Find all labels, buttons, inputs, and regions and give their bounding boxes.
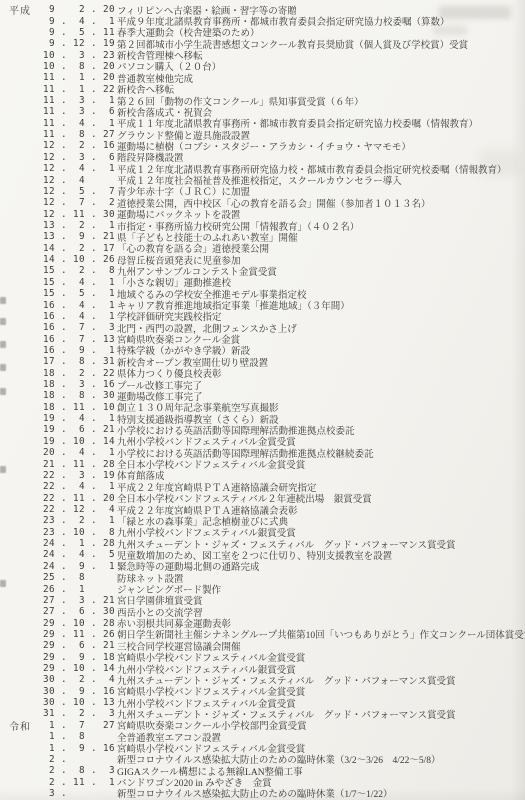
row-date: 29 . 10 . 14: [43, 663, 117, 674]
row-date: 2 . 8 . 3: [43, 765, 117, 776]
row-date: 31 . 2 . 3: [43, 708, 117, 719]
row-date: 15 . 2 . 8: [43, 265, 117, 276]
row-date: 18 . 8 . 30: [43, 390, 117, 401]
scanned-document-page: 平成 9 2 . 20フィリピンへ古楽器・絵画・習字等の寄贈 9 . 4 . 1…: [0, 0, 525, 800]
row-date: 1 . 9 . 16: [43, 743, 117, 754]
row-date: 11 . 1 . 22: [43, 84, 117, 95]
chronology-row: 令和 1 . 7 27宮崎県吹奏楽コンクール小学校部門金賞受賞: [0, 720, 525, 731]
row-date: 2 .: [43, 754, 117, 765]
row-date: 26 . 1: [43, 584, 117, 595]
chronology-row: 9 . 4 . 1平成９年度北諸県教育事務所・都城市教育委員会指定研究協力校委嘱…: [0, 15, 525, 26]
row-date: 12 . 5 . 7: [43, 186, 117, 197]
row-date: 24 . 1 . 28: [43, 538, 117, 549]
chronology-row: 11 . 3 . 1第２６回「動物の作文コンクール」県知事賞受賞（６年）: [0, 95, 525, 106]
row-date: 23 . 2 . 1: [43, 515, 117, 526]
row-date: 16 . 9 . 1: [43, 345, 117, 356]
row-date: 15 . 5 . 1: [43, 288, 117, 299]
row-date: 3 .: [43, 788, 117, 799]
row-date: 19 . 10 . 14: [43, 436, 117, 447]
row-date: 22 . 3 . 19: [43, 470, 117, 481]
chronology-row: 11 . 1 . 20普通教室棟他完成: [0, 72, 525, 83]
row-date: 11 . 3 . 1: [43, 95, 117, 106]
row-date: 11 . 4 . 1: [43, 118, 117, 129]
row-date: 30 . 10 . 13: [43, 697, 117, 708]
era-label: 令和: [0, 718, 43, 733]
row-date: 16 . 7 . 13: [43, 334, 117, 345]
row-date: 19 . 4 . 1: [43, 413, 117, 424]
row-date: 12 . 11 . 30: [43, 209, 117, 220]
row-date: 9 . 5 . 11: [43, 27, 117, 38]
row-date: 27 . 6 . 30: [43, 606, 117, 617]
row-date: 17 . 8 . 31: [43, 356, 117, 367]
row-date: 14 . 10 . 26: [43, 254, 117, 265]
row-date: 1 . 8: [43, 731, 117, 742]
era-label: 平成: [0, 2, 43, 17]
row-date: 9 . 12 . 19: [43, 38, 117, 49]
row-date: 12 . 3 . 6: [43, 152, 117, 163]
row-date: 11 . 3 . 6: [43, 106, 117, 117]
row-date: 12 . 7 . 2: [43, 197, 117, 208]
row-date: 24 . 9 . 1: [43, 561, 117, 572]
row-date: 11 . 1 . 20: [43, 72, 117, 83]
row-date: 11 . 8 . 27: [43, 129, 117, 140]
chronology-row: 14 . 2 . 17「心の教育を語る会」道徳授業公開: [0, 243, 525, 254]
chronology-row: 3 . 新型コロナウイルス感染拡大防止のための臨時休業（1/7～1/22）: [0, 788, 525, 799]
row-text: 新型コロナウイルス感染拡大防止のための臨時休業（1/7～1/22）: [117, 786, 392, 800]
chronology-row: 18 . 3 . 16プール改修工事完了: [0, 379, 525, 390]
row-date: 13 . 9 . 21: [43, 231, 117, 242]
row-date: 25 . 8: [43, 572, 117, 583]
row-date: 29 . 11 . 26: [43, 629, 117, 640]
row-date: 15 . 4 . 1: [43, 277, 117, 288]
chronology-row: 25 . 8 防球ネット設置: [0, 572, 525, 583]
chronology-row: 16 . 4 . 1キャリア教育推進地域指定事業「推進地域」（３年間）: [0, 299, 525, 310]
chronology-row: 10 . 8 . 20パソコン購入（２０台）: [0, 61, 525, 72]
row-date: 9 2 . 20: [43, 4, 117, 15]
chronology-row: 21 . 11 . 28全日本小学校バンドフェスティバル金賞受賞: [0, 458, 525, 469]
row-date: 30 . 2 . 4: [43, 674, 117, 685]
chronology-row: 29 . 11 . 26朝日学生新聞社主催シナネングループ共催第10回「いつもあ…: [0, 629, 525, 640]
row-date: 10 . 8 . 20: [43, 61, 117, 72]
chronology-row: 27 . 6 . 30西岳小との交流学習: [0, 606, 525, 617]
row-date: 16 . 7 . 3: [43, 322, 117, 333]
row-date: 21 . 11 . 28: [43, 459, 117, 470]
row-date: 12 . 4: [43, 175, 117, 186]
row-date: 19 . 6 . 21: [43, 424, 117, 435]
row-date: 29 . 6 . 21: [43, 640, 117, 651]
chronology-row: 26 . 1 ジャンピングボード製作: [0, 583, 525, 594]
row-date: 18 . 11 . 10: [43, 402, 117, 413]
row-date: 23 . 10 . 8: [43, 527, 117, 538]
row-date: 12 . 2 . 16: [43, 140, 117, 151]
chronology-row: 9 . 12 . 19第２回都城市小学生読書感想文コンクール教育長奨励賞（個人賞…: [0, 38, 525, 49]
chronology-row: 10 . 3 . 23新校舎管理棟へ移転: [0, 49, 525, 60]
chronology-row: 17 . 8 . 31新校舎オープン教室間仕切り壁設置: [0, 356, 525, 367]
row-date: 24 . 4 . 5: [43, 549, 117, 560]
row-date: 27 . 3 . 21: [43, 595, 117, 606]
row-date: 29 . 9 . 18: [43, 652, 117, 663]
row-date: 1 . 7 27: [43, 720, 117, 731]
chronology-row: 16 . 7 . 3北門・西門の設置，北側フェンスかさ上げ: [0, 322, 525, 333]
row-date: 22 . 12 . 4: [43, 504, 117, 515]
row-date: 22 . 11 . 20: [43, 493, 117, 504]
chronology-row: 15 . 2 . 8九州アンサンブルコンテスト金賞受賞: [0, 265, 525, 276]
row-date: 30 . 9 . 16: [43, 686, 117, 697]
row-date: 18 . 2 . 22: [43, 368, 117, 379]
row-date: 22 . 4 . 1: [43, 481, 117, 492]
row-date: 29 . 10 . 28: [43, 618, 117, 629]
row-date: 9 . 4 . 1: [43, 16, 117, 27]
chronology-row: 27 . 3 . 21宮日学園俳壇賞受賞: [0, 595, 525, 606]
row-date: 10 . 3 . 23: [43, 50, 117, 61]
chronology-row: 18 . 2 . 22県体力つくり優良校表彰: [0, 368, 525, 379]
chronology-row: 24 . 4 . 5児童数増加のため、図工室を２つに仕切り、特別支援教室を設置: [0, 549, 525, 560]
row-date: 2 . 11 . 1: [43, 777, 117, 788]
chronology-row: 11 . 4 . 1平成１１年度北諸県教育事務所・都城市教育委員会指定研究協力校…: [0, 118, 525, 129]
chronology-list: 平成 9 2 . 20フィリピンへ古楽器・絵画・習字等の寄贈 9 . 4 . 1…: [0, 4, 525, 799]
chronology-row: 12 . 4 平成１２年度社会福祉普及推進校指定，スクールカウンセラー導入: [0, 174, 525, 185]
chronology-row: 24 . 9 . 1緊急時等の運動場北側の通路完成: [0, 561, 525, 572]
row-date: 20 . 4 . 1: [43, 447, 117, 458]
row-date: 13 . 2 . 1: [43, 220, 117, 231]
row-date: 16 . 4 . 1: [43, 311, 117, 322]
chronology-row: 12 . 7 . 2道徳授業公開，西中校区「心の教育を語る会」開催（参加者１０１…: [0, 197, 525, 208]
chronology-row: 16 . 7 . 13宮崎県吹奏楽コンクール金賞: [0, 333, 525, 344]
row-date: 18 . 3 . 16: [43, 379, 117, 390]
row-date: 16 . 4 . 1: [43, 300, 117, 311]
row-date: 14 . 2 . 17: [43, 243, 117, 254]
row-date: 12 . 4 . 1: [43, 163, 117, 174]
chronology-row: 12 . 2 . 16運動場に植樹（コブシ・スタジー・アラカシ・イチョウ・ヤマモ…: [0, 140, 525, 151]
